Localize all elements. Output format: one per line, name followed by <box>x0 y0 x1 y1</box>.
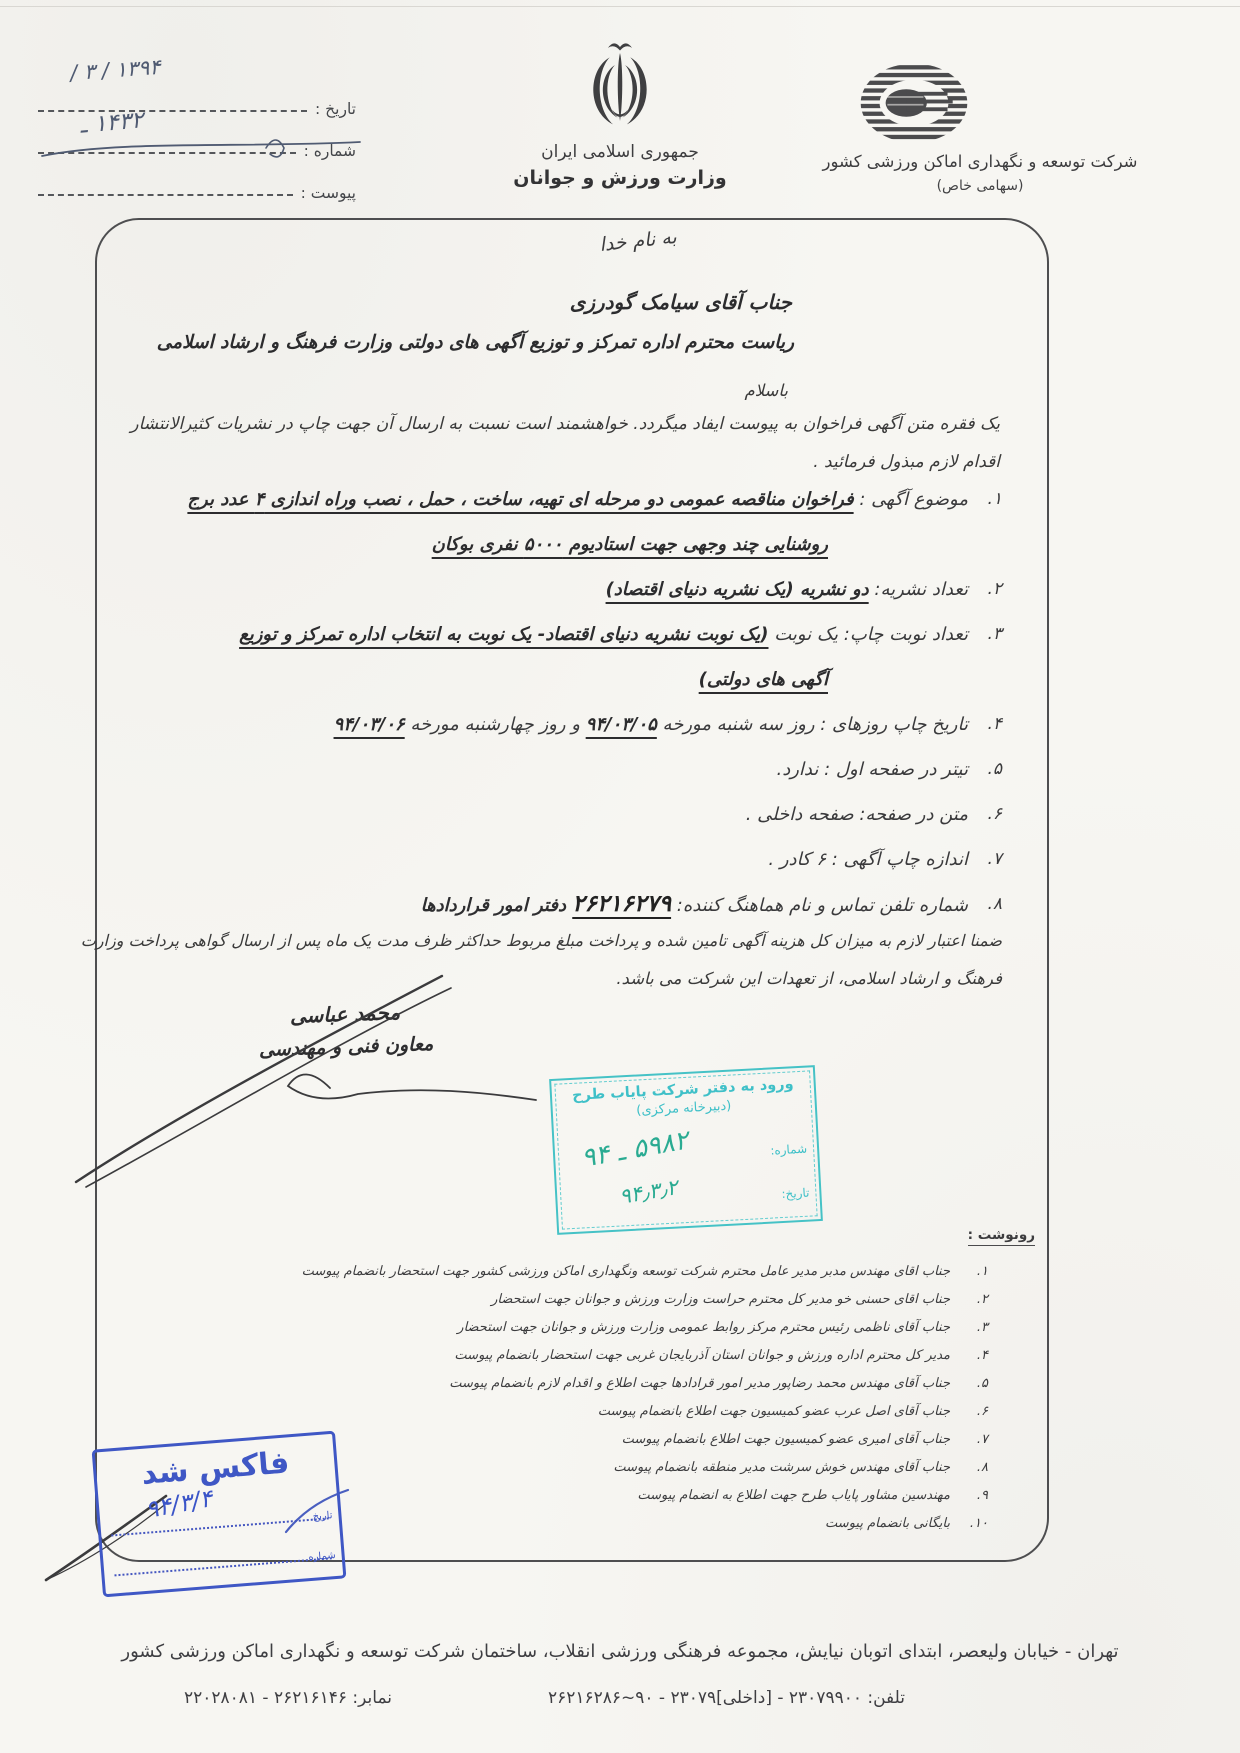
text-segment: دفتر امور قراردادها <box>421 895 573 916</box>
cc-item-text: جناب آقای مهندس خوش سرشت مدیر منطقه بانض… <box>613 1454 950 1482</box>
cc-item-number: ۵. <box>960 1370 988 1398</box>
company-type: (سهامی خاص) <box>790 178 1170 194</box>
item-line: متن در صفحه: صفحه داخلی . <box>172 792 968 837</box>
letter-item: ۲.تعداد نشریه: دو نشریه (یک نشریه دنیای … <box>172 567 1002 612</box>
cc-item-text: جناب آقای ناظمی رئیس محترم مرکز روابط عم… <box>457 1314 950 1342</box>
text-segment: ۹۴/۰۳/۰۵ <box>586 714 657 735</box>
intro-line-1: یک فقره متن آگهی فراخوان به پیوست ایفاد … <box>130 414 1000 434</box>
text-segment: ۹۴/۰۳/۰۶ <box>334 714 405 735</box>
company-logo-icon <box>858 60 970 146</box>
item-line: تعداد نوبت چاپ: یک نوبت (یک نوبت نشریه د… <box>172 612 968 657</box>
iran-emblem-icon <box>577 36 663 138</box>
text-segment: شماره تلفن تماس و نام هماهنگ کننده: <box>671 895 968 916</box>
handwritten-number-flourish <box>30 118 370 178</box>
cc-label: رونوشت : <box>968 1227 1035 1246</box>
item-line: تعداد نشریه: دو نشریه (یک نشریه دنیای اق… <box>172 567 968 612</box>
item-number: ۵. <box>968 747 1002 792</box>
item-line: اندازه چاپ آگهی : ۶ کادر . <box>172 837 968 882</box>
cc-item-number: ۹. <box>960 1482 988 1510</box>
item-number: ۱. <box>968 477 1002 522</box>
text-segment: روشنایی چند وجهی جهت استادیوم ۵۰۰۰ نفری … <box>432 534 828 555</box>
recipient-title: ریاست محترم اداره تمرکز و توزیع آگهی های… <box>157 332 794 353</box>
item-line: تاریخ چاپ روزهای : روز سه شنبه مورخه ۹۴/… <box>172 702 968 747</box>
entry-stamp-number-value: ۵۹۸۲ ـ ۹۴ <box>579 1126 691 1174</box>
cc-list: ۱.جناب اقای مهندس مدبر مدیر عامل محترم ش… <box>302 1258 988 1538</box>
letter-item: ۵.تیتر در صفحه اول : ندارد. <box>172 747 1002 792</box>
text-segment: تعداد نشریه: <box>869 579 968 600</box>
fax-number-label: شماره <box>308 1550 336 1563</box>
cc-item: ۱۰.بایگانی بانضمام پیوست <box>302 1510 988 1538</box>
letter-item: ۱.موضوع آگهی : فراخوان مناقصه عمومی دو م… <box>172 477 1002 567</box>
cc-item-text: مدیر کل محترم اداره ورزش و جوانان استان … <box>454 1342 950 1370</box>
text-segment: دو نشریه (یک نشریه دنیای اقتصاد) <box>606 579 869 600</box>
cc-item-text: جناب آقای مهندس محمد رضاپور مدیر امور قر… <box>449 1370 950 1398</box>
item-number: ۲. <box>968 567 1002 612</box>
footer-address: تهران - خیابان ولیعصر، ابتدای اتوبان نیا… <box>0 1641 1240 1662</box>
cc-item: ۱.جناب اقای مهندس مدبر مدیر عامل محترم ش… <box>302 1258 988 1286</box>
recipient-name: جناب آقای سیامک گودرزی <box>570 290 792 314</box>
item-line: روشنایی چند وجهی جهت استادیوم ۵۰۰۰ نفری … <box>172 522 968 567</box>
entry-stamp-date-value: ۹۴٫۳٫۲ <box>618 1175 680 1209</box>
text-segment: آگهی های دولتی) <box>699 669 828 690</box>
text-segment: (یک نوبت نشریه دنیای اقتصاد- یک نوبت به … <box>239 624 768 645</box>
item-number: ۶. <box>968 792 1002 837</box>
signature-scribble <box>30 940 590 1210</box>
cc-item: ۹.مهندسین مشاور پایاب طرح جهت اطلاع به ا… <box>302 1482 988 1510</box>
entry-stamp: ورود به دفتر شرکت پایاب طرح (دبیرخانه مر… <box>549 1065 823 1235</box>
item-number: ۸. <box>968 882 1002 927</box>
cc-item-number: ۱۰. <box>960 1510 988 1538</box>
cc-item-text: بایگانی بانضمام پیوست <box>825 1510 950 1538</box>
date-label: تاریخ : <box>315 100 356 120</box>
text-segment: موضوع آگهی : <box>854 489 968 510</box>
company-name: شرکت توسعه و نگهداری اماکن ورزشی کشور <box>790 152 1170 171</box>
letter-item: ۴.تاریخ چاپ روزهای : روز سه شنبه مورخه ۹… <box>172 702 1002 747</box>
item-line: تیتر در صفحه اول : ندارد. <box>172 747 968 792</box>
text-segment: ۲۶۲۱۶۲۷۹ <box>572 891 671 917</box>
intro-line-2: اقدام لازم مبذول فرمائید . <box>813 452 1000 472</box>
text-segment: فراخوان مناقصه عمومی دو مرحله ای تهیه، س… <box>187 489 853 510</box>
fax-stamp-title: فاکس شد <box>95 1442 335 1496</box>
text-segment: اندازه چاپ آگهی : ۶ کادر . <box>768 849 968 870</box>
fax-number-row: شماره <box>112 1531 332 1576</box>
cc-item: ۲.جناب اقای حسنی خو مدیر کل محترم حراست … <box>302 1286 988 1314</box>
text-segment: تاریخ چاپ روزهای : روز سه شنبه مورخه <box>657 714 968 735</box>
footer-phone: تلفن: ۲۳۰۷۹۹۰۰ - [داخلی]۲۳۰۷۹ - ۹۰~۲۶۲۱۶… <box>548 1688 905 1708</box>
cc-item: ۳.جناب آقای ناظمی رئیس محترم مرکز روابط … <box>302 1314 988 1342</box>
item-line: آگهی های دولتی) <box>172 657 968 702</box>
item-number: ۳. <box>968 612 1002 657</box>
cc-item-number: ۴. <box>960 1342 988 1370</box>
ministry-title: وزارت ورزش و جوانان <box>440 167 800 189</box>
letter-item: ۶.متن در صفحه: صفحه داخلی . <box>172 792 1002 837</box>
cc-item-number: ۷. <box>960 1426 988 1454</box>
cc-item: ۶.جناب آقای اصل عرب عضو کمیسیون جهت اطلا… <box>302 1398 988 1426</box>
date-dash-line <box>38 110 307 112</box>
scanned-letter-page: تاریخ : شماره : پیوست : ۱۳۹۴ / ۳ / ۱۴۳۲ … <box>0 0 1240 1753</box>
fax-stamp: فاکس شد تاریخ شماره ۹۴/۳/۴ <box>92 1431 347 1598</box>
fax-date-row: تاریخ <box>109 1491 329 1536</box>
cc-item-number: ۸. <box>960 1454 988 1482</box>
item-number: ۴. <box>968 702 1002 747</box>
closing-line-2: فرهنگ و ارشاد اسلامی، از تعهدات این شرکت… <box>616 969 1002 988</box>
entry-stamp-date-label: تاریخ: <box>781 1186 810 1201</box>
letter-items-list: ۱.موضوع آگهی : فراخوان مناقصه عمومی دو م… <box>172 477 1002 928</box>
cc-item-number: ۱. <box>960 1258 988 1286</box>
text-segment: تعداد نوبت چاپ: یک نوبت <box>769 624 969 645</box>
cc-item-text: جناب آقای امیری عضو کمیسیون جهت اطلاع با… <box>622 1426 950 1454</box>
fax-date-label: تاریخ <box>312 1510 333 1523</box>
attachment-dash-line <box>38 194 293 196</box>
item-line: موضوع آگهی : فراخوان مناقصه عمومی دو مرح… <box>172 477 968 522</box>
attachment-label: پیوست : <box>301 184 356 204</box>
republic-title: جمهوری اسلامی ایران <box>440 142 800 162</box>
cc-item-number: ۲. <box>960 1286 988 1314</box>
letter-item: ۸.شماره تلفن تماس و نام هماهنگ کننده: ۲۶… <box>172 882 1002 928</box>
item-number: ۷. <box>968 837 1002 882</box>
letter-item: ۳.تعداد نوبت چاپ: یک نوبت (یک نوبت نشریه… <box>172 612 1002 702</box>
text-segment: متن در صفحه: صفحه داخلی . <box>746 804 968 825</box>
cc-item: ۵.جناب آقای مهندس محمد رضاپور مدیر امور … <box>302 1370 988 1398</box>
cc-item: ۷.جناب آقای امیری عضو کمیسیون جهت اطلاع … <box>302 1426 988 1454</box>
cc-item: ۸.جناب آقای مهندس خوش سرشت مدیر منطقه با… <box>302 1454 988 1482</box>
entry-stamp-number-label: شماره: <box>770 1142 807 1158</box>
letter-item: ۷.اندازه چاپ آگهی : ۶ کادر . <box>172 837 1002 882</box>
cc-item-text: جناب اقای حسنی خو مدیر کل محترم حراست وز… <box>491 1286 950 1314</box>
text-segment: تیتر در صفحه اول : ندارد. <box>776 759 968 780</box>
cc-item-text: مهندسین مشاور پایاب طرح جهت اطلاع به انض… <box>637 1482 950 1510</box>
scan-artifact-line <box>0 6 1240 7</box>
footer-fax: نمابر: ۲۶۲۱۶۱۴۶ - ۲۲۰۲۸۰۸۱ <box>184 1688 392 1708</box>
cc-item-text: جناب آقای اصل عرب عضو کمیسیون جهت اطلاع … <box>598 1398 950 1426</box>
text-segment: و روز چهارشنبه مورخه <box>405 714 586 735</box>
cc-item-number: ۳. <box>960 1314 988 1342</box>
letterhead-company-block: شرکت توسعه و نگهداری اماکن ورزشی کشور (س… <box>790 152 1170 194</box>
cc-item-number: ۶. <box>960 1398 988 1426</box>
cc-item-text: جناب اقای مهندس مدبر مدیر عامل محترم شرک… <box>302 1258 950 1286</box>
salutation: باسلام <box>744 381 788 400</box>
item-line: شماره تلفن تماس و نام هماهنگ کننده: ۲۶۲۱… <box>172 882 968 928</box>
letterhead-center: جمهوری اسلامی ایران وزارت ورزش و جوانان <box>440 36 800 189</box>
cc-item: ۴.مدیر کل محترم اداره ورزش و جوانان استا… <box>302 1342 988 1370</box>
